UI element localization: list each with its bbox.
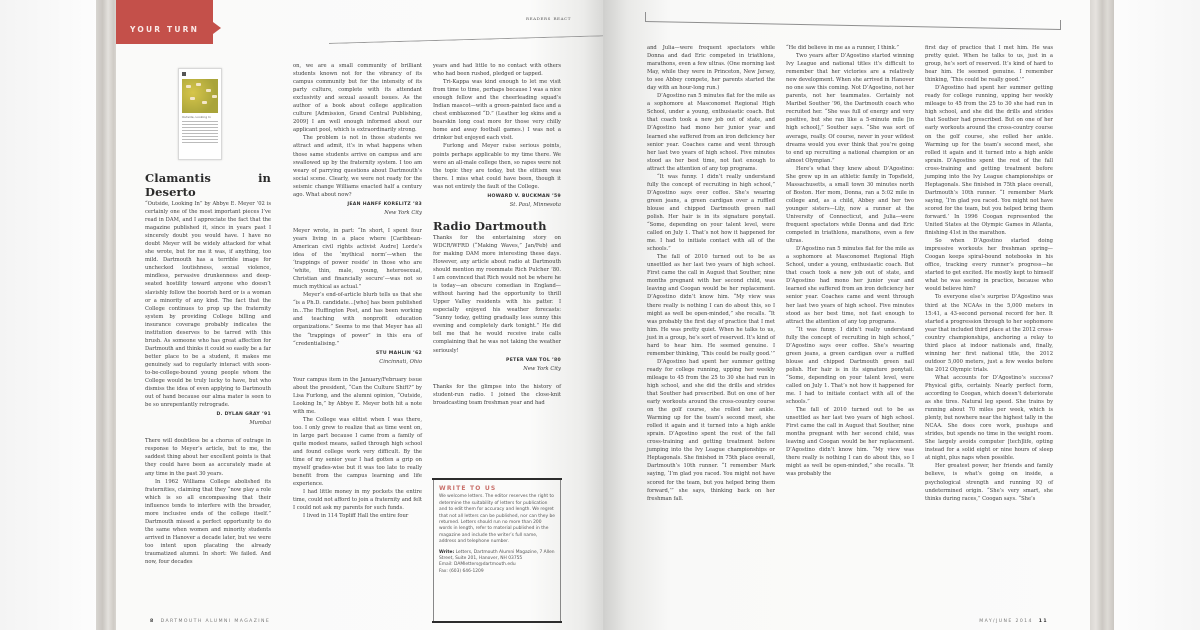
letters-column-1: Clamantis in Deserto “Outside, Looking I… [145, 170, 271, 566]
letter-paragraph: The problem is not in those students we … [293, 134, 422, 198]
article-paragraph: To everyone else’s surprise D’Agostino w… [925, 293, 1053, 373]
section-tab-label: YOUR TURN [130, 25, 199, 34]
write-label: Write: [439, 550, 454, 555]
signature-name: JEAN HANFF KORELITZ ’83 [293, 201, 422, 209]
page-stack-right-edge [1088, 0, 1114, 630]
folio-title: DARTMOUTH ALUMNI MAGAZINE [161, 619, 271, 624]
letter-paragraph: The College was elitist when I was there… [293, 416, 422, 488]
article-paragraph: and Julia—were frequent spectators while… [647, 44, 775, 92]
folio-right: MAY/JUNE 201411 [979, 619, 1054, 624]
article-paragraph: “It was funny. I didn’t really understan… [786, 326, 914, 406]
article-paragraph: D’Agostino ran 5 minutes flat for the mi… [786, 245, 914, 325]
section-tab: YOUR TURN [116, 0, 213, 44]
write-to-us-body: We welcome letters. The editor reserves … [439, 494, 555, 545]
letter-signature: JEAN HANFF KORELITZ ’83 New York City [293, 201, 422, 217]
article-paragraph: D’Agostino had spent her summer getting … [647, 358, 775, 503]
page-number: 11 [1039, 619, 1048, 624]
write-email[interactable]: Email: DAMletters@dartmouth.edu [439, 562, 516, 567]
letter-signature: HOWARD V. BUCKMAN ’59 St. Paul, Minnesot… [433, 193, 561, 209]
letter-signature: PETER VAN TOL ’80 New York City [433, 357, 561, 373]
signature-place: St. Paul, Minnesota [433, 201, 561, 209]
article-paragraph: The fall of 2010 turned out to be as uns… [647, 253, 775, 358]
letters-column-3: years and had little to no contact with … [433, 62, 561, 407]
letter-paragraph: I had little money in my pockets the ent… [293, 488, 422, 512]
write-to-us-title: WRITE TO US [439, 486, 555, 492]
letter-paragraph: Meyer wrote, in part: “In short, I spent… [293, 227, 422, 291]
signature-place: Mumbai [145, 419, 271, 427]
letter-paragraph: I lived in 114 Topliff Hall the entire f… [293, 512, 422, 520]
article-paragraph: Two years after D’Agostino started winni… [786, 52, 914, 165]
write-address: Letters, Dartmouth Alumni Magazine, 7 Al… [439, 550, 555, 561]
article-paragraph: D’Agostino had spent her summer getting … [925, 84, 1053, 237]
article-paragraph: Her greatest power, her friends and fami… [925, 462, 1053, 502]
folio-left: 8DARTMOUTH ALUMNI MAGAZINE [144, 619, 270, 624]
article-column-2: “He did believe in me as a runner, I thi… [786, 44, 914, 479]
article-paragraph: “It was funny. I didn’t really understan… [647, 173, 775, 253]
article-paragraph: So when D’Agostino started doing impress… [925, 237, 1053, 293]
thumbnail-tab [182, 72, 186, 76]
letter-paragraph: Thanks for the glimpse into the history … [433, 383, 561, 407]
article-paragraph: “He did believe in me as a runner, I thi… [786, 44, 914, 52]
article-paragraph: What accounts for D’Agostino’s success? … [925, 374, 1053, 463]
letter-paragraph: Tri-Kappa was kind enough to let me visi… [433, 78, 561, 142]
signature-name: D. DYLAN GRAY ’91 [145, 411, 271, 419]
signature-name: HOWARD V. BUCKMAN ’59 [433, 193, 561, 201]
signature-name: PETER VAN TOL ’80 [433, 357, 561, 365]
letter-paragraph: Your campus item in the January/February… [293, 376, 422, 416]
letter-paragraph: Furlong and Meyer raise serious points, … [433, 142, 561, 190]
folio-title: MAY/JUNE 2014 [979, 619, 1033, 624]
right-page: and Julia—were frequent spectators while… [603, 0, 1090, 630]
letter-paragraph: Meyer’s end-of-article blurb tells us th… [293, 291, 422, 347]
letter-paragraph: “Outside, Looking In” by Abbye E. Meyer … [145, 200, 271, 409]
page-number: 8 [150, 619, 155, 624]
thumbnail-caption: Outside, Looking In [182, 115, 218, 119]
letter-paragraph: years and had little to no contact with … [433, 62, 561, 78]
letters-column-2: on, we are a small community of brillian… [293, 62, 422, 521]
signature-place: Cincinnati, Ohio [293, 358, 422, 366]
letter-paragraph: Thanks for the entertaining story on WDC… [433, 234, 561, 355]
article-paragraph: D’Agostino ran 5 minutes flat for the mi… [647, 92, 775, 172]
article-paragraph: Here’s what they knew about D’Agostino: … [786, 165, 914, 245]
article-paragraph: first day of practice that I met him. He… [925, 44, 1053, 84]
letter-paragraph: There will doubtless be a chorus of outr… [145, 437, 271, 477]
article-paragraph: The fall of 2010 turned out to be as uns… [786, 406, 914, 478]
running-head: readers react [526, 15, 571, 22]
letter-paragraph: In 1962 Williams College abolished its f… [145, 478, 271, 567]
signature-place: New York City [433, 365, 561, 373]
write-fax: Fax: (603) 646-1209 [439, 569, 484, 574]
thumbnail-illustration [182, 79, 218, 113]
signature-name: STU MAHLIN ’62 [293, 350, 422, 358]
signature-place: New York City [293, 209, 422, 217]
article-thumbnail: Outside, Looking In [178, 68, 222, 160]
letter-signature: D. DYLAN GRAY ’91 Mumbai [145, 411, 271, 427]
write-to-us-contact: Write: Letters, Dartmouth Alumni Magazin… [439, 550, 555, 576]
page-stack-left-edge [96, 0, 118, 630]
letter-heading-clamantis: Clamantis in Deserto [145, 171, 271, 199]
header-rule [645, 12, 1061, 30]
letter-paragraph: on, we are a small community of brillian… [293, 62, 422, 134]
article-column-1: and Julia—were frequent spectators while… [647, 44, 775, 503]
letter-heading-radio-dartmouth: Radio Dartmouth [433, 219, 561, 233]
write-to-us-box: WRITE TO US We welcome letters. The edit… [432, 478, 562, 623]
article-column-3: first day of practice that I met him. He… [925, 44, 1053, 503]
letter-signature: STU MAHLIN ’62 Cincinnati, Ohio [293, 350, 422, 366]
